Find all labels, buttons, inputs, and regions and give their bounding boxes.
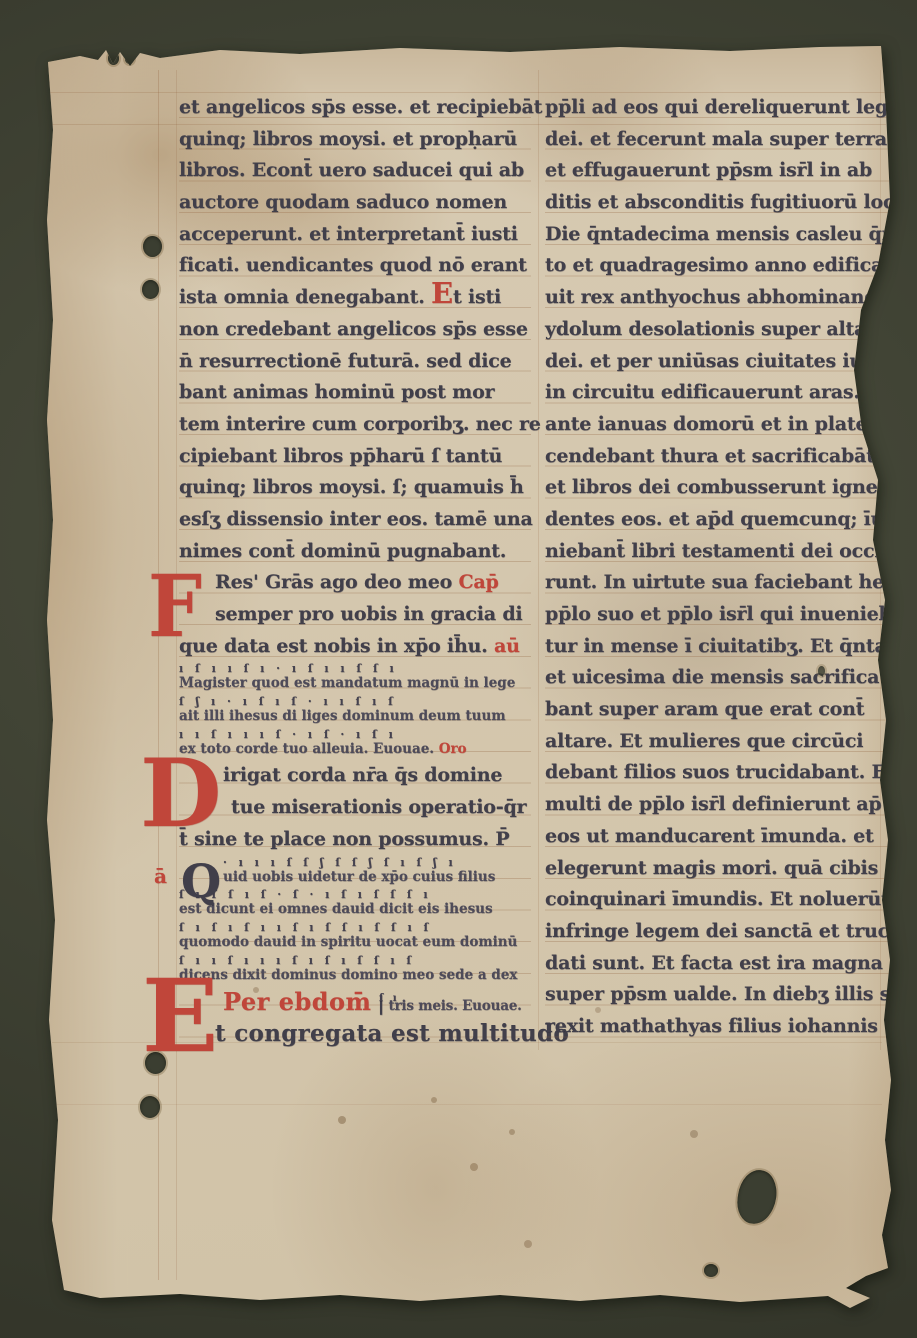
manuscript-photo: et angelicos sp̄s esse. et recipiebāt qu… <box>0 0 917 1338</box>
line-segment: que data est nobis in xp̄o ih̄u. <box>179 635 494 657</box>
wormhole <box>140 1096 160 1118</box>
chant-line: ſ ʃ ı · ı ſ ı ſ · ı ı ſ ı ſait illi ihes… <box>179 695 531 728</box>
manuscript-line: ditis et absconditis fugitiuorū locis. <box>545 187 893 219</box>
manuscript-line: infringe legem dei sanctā et truci <box>545 916 893 948</box>
stain-speckles <box>40 40 44 44</box>
chant-line: ſ ı ſ ſ ı ſ · ſ · ı ſ ı ſ ſ ſ ıest dicun… <box>179 888 531 921</box>
antiphon-margin-mark: ā <box>154 864 167 888</box>
manuscript-line: et uicesima die mensis sacrifica <box>545 662 893 694</box>
chant-text: dicens dixit dominus domino meo sede a d… <box>179 967 531 984</box>
manuscript-line: bant animas hominū post mor <box>179 377 531 409</box>
manuscript-line: n̄ resurrectionē futurā. sed dice <box>179 346 531 378</box>
manuscript-line: uit rex anthyochus abhominandū <box>545 282 893 314</box>
chant-line: ſ ı ſ ı ſ ı ı ſ ı ſ ſ ı ſ ſ ı ſquomodo d… <box>179 921 531 954</box>
manuscript-line: acceperunt. et interpretant̄ iusti <box>179 219 531 251</box>
chant-text: ait illi ihesus di liges dominum deum tu… <box>179 708 531 725</box>
chant-text: tris meis. Euouae. <box>388 998 521 1014</box>
neume-row: ſ ı ı ſ ı ı ı ſ ı ſ ı ſ ſ ı ſ <box>179 955 531 967</box>
neume-row: ſ ı <box>379 983 400 1015</box>
manuscript-line: elegerunt magis mori. quā cibis <box>545 853 893 885</box>
neume-row: ſ ı ſ ı ſ ı ı ſ ı ſ ſ ı ſ ſ ı ſ <box>179 922 531 934</box>
manuscript-line: semper pro uobis in gracia di <box>179 599 531 631</box>
manuscript-line: et libros dei combusserunt igne sci <box>545 472 893 504</box>
ruling-line <box>538 70 539 1050</box>
chant-text: Magister quod est mandatum magnū in lege <box>179 675 531 692</box>
left-column: et angelicos sp̄s esse. et recipiebāt qu… <box>179 92 531 1050</box>
initial-F: F <box>148 566 202 649</box>
manuscript-line: niebant̄ libri testamenti dei occide <box>545 536 893 568</box>
manuscript-line: Res' Grās ago deo meo Cap̄ <box>179 567 531 599</box>
chant-text: quomodo dauid in spiritu uocat eum domin… <box>179 934 531 951</box>
manuscript-line: tur in mense ī ciuitatibʒ. Et q̄nta <box>545 631 893 663</box>
manuscript-line: rexit mathathyas filius iohannis <box>545 1011 893 1043</box>
initial-D: D <box>140 750 222 838</box>
manuscript-line: quinq; libros moysi. et propḥarū <box>179 124 531 156</box>
manuscript-line: ydolum desolationis super altare <box>545 314 893 346</box>
manuscript-line: cendebant thura et sacrificabāt. <box>545 441 893 473</box>
manuscript-line: non credebant angelicos sp̄s esse <box>179 314 531 346</box>
manuscript-line: debant filios suos trucidabant. Et <box>545 757 893 789</box>
chant-text: est dicunt ei omnes dauid dicit eis ihes… <box>179 901 531 918</box>
manuscript-line: dei. et fecerunt mala super terram. <box>545 124 893 156</box>
chant-line: ı ſ ı ı ſ ı · ı ſ ı ı ſ ſ ıMagister quod… <box>179 662 531 695</box>
line-segment: t isti <box>453 286 501 308</box>
manuscript-line: altare. Et mulieres que circūci <box>545 726 893 758</box>
manuscript-line: eos ut manducarent īmunda. et <box>545 821 893 853</box>
neume-row: ı ſ ı ı ſ ı · ı ſ ı ı ſ ſ ı <box>179 663 531 675</box>
manuscript-line: tue miserationis operatio-q̄r <box>179 792 531 824</box>
manuscript-line: esſʒ dissensio inter eos. tamē una <box>179 504 531 536</box>
wormhole <box>142 280 159 299</box>
line-segment: ista omnia denegabant. <box>179 286 431 308</box>
manuscript-line: t congregata est multitudo <box>179 1018 531 1050</box>
ruling-line <box>176 70 177 1280</box>
manuscript-line: pp̄lo suo et pp̄lo isr̄l qui inueniebā <box>545 599 893 631</box>
manuscript-line: t̄ sine te place non possumus. P̄ <box>179 824 531 856</box>
chant-text: uid uobis uidetur de xp̄o cuius filius <box>223 869 531 886</box>
manuscript-line: cipiebant libros pp̄harū ſ tantū <box>179 441 531 473</box>
manuscript-line: to et quadragesimo anno edifica <box>545 250 893 282</box>
rubric-incipit-line: Per ebdom̄|ſ ıtris meis. Euouae. <box>179 986 531 1018</box>
manuscript-line: quinq; libros moysi. ſ; quamuis h̄ <box>179 472 531 504</box>
wormhole <box>143 236 162 257</box>
manuscript-line: tem interire cum corporibʒ. nec re <box>179 409 531 441</box>
manuscript-line: in circuitu edificauerunt aras. et <box>545 377 893 409</box>
manuscript-line: irigat corda nr̄a q̄s domine <box>179 760 531 792</box>
manuscript-line: ficati. uendicantes quod nō erant <box>179 250 531 282</box>
manuscript-line: ista omnia denegabant. Et isti <box>179 282 531 314</box>
manuscript-line: dentes eos. et ap̄d quemcunq; īue <box>545 504 893 536</box>
ink-spot <box>818 666 825 676</box>
initial-E: E <box>142 968 218 1064</box>
manuscript-line: que data est nobis in xp̄o ih̄u. aū <box>179 631 531 663</box>
manuscript-line: ante ianuas domorū et in plateis ī <box>545 409 893 441</box>
manuscript-line: libros. Econt̄ uero saducei qui ab <box>179 155 531 187</box>
oratio-mark: Oro <box>439 741 467 757</box>
manuscript-line: multi de pp̄lo isr̄l definierunt ap̄ <box>545 789 893 821</box>
chant-text: ex toto corde tuo alleuia. Euouae. Oro <box>179 741 531 758</box>
wormhole <box>125 54 134 64</box>
neume-row: · ı ı ı ſ ſ ʃ ſ ſ ʃ ſ ı ſ ʃ ı <box>223 857 531 869</box>
large-hole <box>734 1168 779 1227</box>
rubric-word: aū <box>494 635 520 657</box>
neume-row: ſ ı ſ ſ ı ſ · ſ · ı ſ ı ſ ſ ſ ı <box>179 889 531 901</box>
line-segment: Res' Grās ago deo meo <box>215 571 459 593</box>
manuscript-line: dati sunt. Et facta est ira magna <box>545 948 893 980</box>
chant-line: · ı ı ı ſ ſ ʃ ſ ſ ʃ ſ ı ſ ʃ ıuid uobis u… <box>179 856 531 889</box>
manuscript-line: runt. In uirtute sua faciebant hec <box>545 567 893 599</box>
manuscript-line: et angelicos sp̄s esse. et recipiebāt <box>179 92 531 124</box>
right-column: pp̄li ad eos qui dereliquerunt legē dei.… <box>545 92 893 1043</box>
chant-line: ı ı ſ ı ı ı ſ · ı ſ · ı ſ ıex toto corde… <box>179 728 531 761</box>
initial-Q: Q <box>181 858 221 904</box>
manuscript-line: dei. et per uniūsas ciuitates iude <box>545 346 893 378</box>
rubric-incipit: Per ebdom̄ <box>223 987 371 1016</box>
rubric-initial: E <box>431 276 453 310</box>
manuscript-line: pp̄li ad eos qui dereliquerunt legē <box>545 92 893 124</box>
rubric-word: Cap̄ <box>459 571 499 593</box>
wormhole <box>145 1052 166 1074</box>
parchment-leaf: et angelicos sp̄s esse. et recipiebāt qu… <box>40 40 900 1315</box>
manuscript-line: super pp̄sm ualde. In diebʒ illis sur <box>545 979 893 1011</box>
manuscript-line: auctore quodam saduco nomen <box>179 187 531 219</box>
wormhole <box>108 52 119 65</box>
neume-row: ı ı ſ ı ı ı ſ · ı ſ · ı ſ ı <box>179 729 531 741</box>
manuscript-line: coinquinari īmundis. Et noluerūt <box>545 884 893 916</box>
manuscript-line: Die q̄ntadecima mensis casleu q̄n <box>545 219 893 251</box>
chant-line: ſ ı ı ſ ı ı ı ſ ı ſ ı ſ ſ ı ſdicens dixi… <box>179 954 531 987</box>
wormhole <box>704 1264 718 1277</box>
manuscript-line: bant super aram que erat cont̄ <box>545 694 893 726</box>
manuscript-line: et effugauerunt pp̄sm isr̄l in ab <box>545 155 893 187</box>
manuscript-line: nimes cont̄ dominū pugnabant. <box>179 536 531 568</box>
parchment-leaf-wrap: et angelicos sp̄s esse. et recipiebāt qu… <box>40 40 900 1315</box>
neume-row: ſ ʃ ı · ı ſ ı ſ · ı ı ſ ı ſ <box>179 696 531 708</box>
